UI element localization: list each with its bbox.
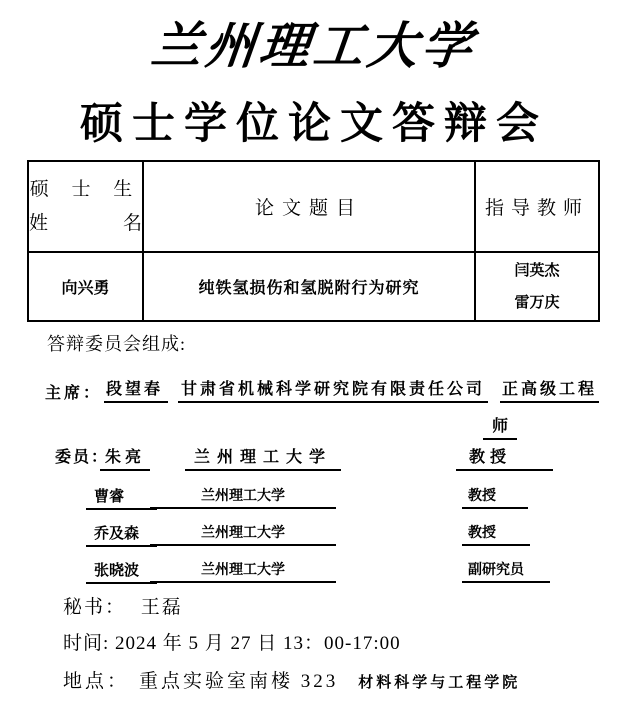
advisors-cell: 闫英杰 雷万庆 [475, 252, 599, 321]
location-row: 地点： 重点实验室南楼 323 材料科学与工程学院 [63, 666, 520, 693]
secretary-name: 王磊 [141, 597, 183, 618]
header-student-name: 硕 士 生 姓 名 [28, 161, 143, 252]
header-advisor: 指导教师 [475, 161, 599, 252]
member-affiliation: 兰州理工大学 [150, 522, 336, 546]
chair-label: 主席： [45, 380, 102, 403]
thesis-defense-notice: 兰州理工大学 硕士学位论文答辩会 硕 士 生 姓 名 论文题目 指导教师 向兴勇… [0, 0, 628, 728]
school-name: 材料科学与工程学院 [358, 671, 520, 692]
time-label: 时间: [63, 633, 109, 654]
defense-info-table: 硕 士 生 姓 名 论文题目 指导教师 向兴勇 纯铁氢损伤和氢脱附行为研究 闫英… [27, 160, 600, 322]
header-student-surname-char: 姓 [29, 207, 48, 241]
member-affiliation: 兰州理工大学 [150, 485, 336, 509]
time-row: 时间: 2024 年 5 月 27 日 13：00-17:00 [63, 628, 401, 655]
advisor-2: 雷万庆 [476, 287, 598, 319]
chair-name: 段望春 [104, 376, 168, 403]
committee-member-row: 曹睿 兰州理工大学 教授 [0, 485, 628, 511]
committee-member-row: 张晓波 兰州理工大学 副研究员 [0, 559, 628, 585]
member-title: 教授 [462, 485, 528, 509]
member-title: 教授 [462, 522, 530, 546]
table-data-row: 向兴勇 纯铁氢损伤和氢脱附行为研究 闫英杰 雷万庆 [28, 252, 599, 321]
time-value: 2024 年 5 月 27 日 13：00-17:00 [115, 633, 401, 654]
member-title: 教授 [456, 444, 553, 471]
secretary-label: 秘书： [63, 597, 126, 618]
member-name: 张晓波 [86, 559, 157, 584]
advisor-1: 闫英杰 [476, 255, 598, 287]
member-name: 乔及森 [86, 522, 157, 547]
chair-title-line2: 师 [483, 413, 517, 440]
member-name: 曹睿 [86, 485, 157, 510]
table-header-row: 硕 士 生 姓 名 论文题目 指导教师 [28, 161, 599, 252]
chair-affiliation: 甘肃省机械科学研究院有限责任公司 [178, 376, 488, 403]
thesis-title-cell: 纯铁氢损伤和氢脱附行为研究 [143, 252, 475, 321]
university-logo-calligraphy: 兰州理工大学 [0, 6, 628, 78]
chair-row: 主席： 段望春 甘肃省机械科学研究院有限责任公司 正高级工程 [45, 376, 599, 403]
student-name-cell: 向兴勇 [28, 252, 143, 321]
member-affiliation: 兰州理工大学 [150, 559, 336, 583]
location-label: 地点： [63, 666, 129, 693]
member-title: 副研究员 [462, 559, 550, 583]
header-student-givenname-char: 名 [123, 207, 142, 241]
chair-title-line1: 正高级工程 [500, 376, 599, 403]
location-value: 重点实验室南楼 323 [139, 666, 338, 693]
member-name: 朱亮 [100, 444, 150, 471]
header-student-line2: 姓 名 [29, 207, 142, 241]
member-affiliation: 兰州理工大学 [185, 444, 341, 471]
secretary-row: 秘书： 王磊 [63, 592, 183, 619]
header-student-line1: 硕 士 生 [29, 173, 142, 207]
committee-member-row: 乔及森 兰州理工大学 教授 [0, 522, 628, 548]
committee-member-row: 委员： 朱亮 兰州理工大学 教授 [0, 444, 628, 470]
page-title: 硕士学位论文答辩会 [0, 90, 628, 151]
committee-heading: 答辩委员会组成: [47, 330, 186, 356]
header-thesis-title: 论文题目 [143, 161, 475, 252]
